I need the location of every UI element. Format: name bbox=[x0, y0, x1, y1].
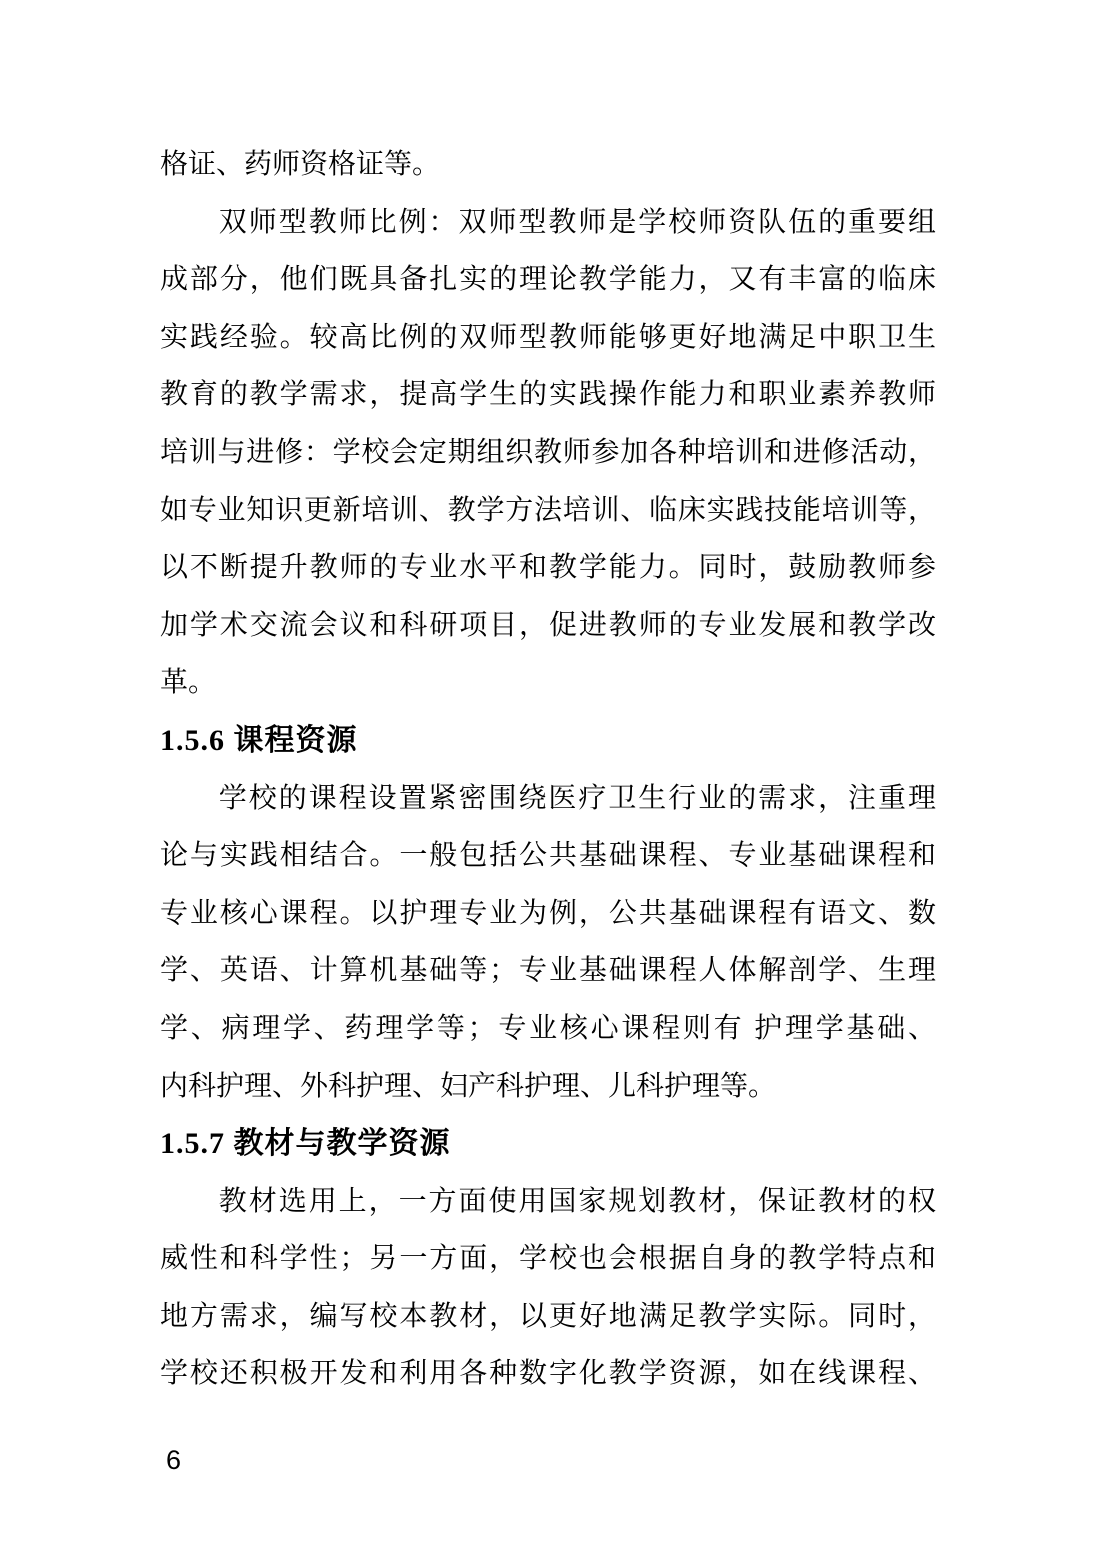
text-line: 学校的课程设置紧密围绕医疗卫生行业的需求，注重理 bbox=[160, 770, 936, 828]
text-line: 格证、药师资格证等。 bbox=[160, 136, 936, 194]
text-line: 学、病理学、药理学等；专业核心课程则有 护理学基础、 bbox=[160, 1000, 936, 1058]
text-line: 教材选用上，一方面使用国家规划教材，保证教材的权 bbox=[160, 1173, 936, 1231]
text-line: 专业核心课程。以护理专业为例，公共基础课程有语文、数 bbox=[160, 885, 936, 943]
section-heading: 1.5.6 课程资源 bbox=[160, 712, 936, 770]
text-line: 如专业知识更新培训、教学方法培训、临床实践技能培训等， bbox=[160, 482, 936, 540]
page-number: 6 bbox=[166, 1442, 181, 1478]
text-line: 学校还积极开发和利用各种数字化教学资源，如在线课程、 bbox=[160, 1345, 936, 1403]
text-line: 以不断提升教师的专业水平和教学能力。同时，鼓励教师参 bbox=[160, 539, 936, 597]
text-line: 内科护理、外科护理、妇产科护理、儿科护理等。 bbox=[160, 1058, 936, 1116]
text-line: 学、英语、计算机基础等；专业基础课程人体解剖学、生理 bbox=[160, 942, 936, 1000]
text-line: 加学术交流会议和科研项目，促进教师的专业发展和教学改 bbox=[160, 597, 936, 655]
document-body: 格证、药师资格证等。双师型教师比例：双师型教师是学校师资队伍的重要组成部分，他们… bbox=[160, 136, 936, 1403]
text-line: 实践经验。较高比例的双师型教师能够更好地满足中职卫生 bbox=[160, 309, 936, 367]
text-line: 教育的教学需求，提高学生的实践操作能力和职业素养教师 bbox=[160, 366, 936, 424]
text-line: 论与实践相结合。一般包括公共基础课程、专业基础课程和 bbox=[160, 827, 936, 885]
text-line: 威性和科学性；另一方面，学校也会根据自身的教学特点和 bbox=[160, 1230, 936, 1288]
document-page: 格证、药师资格证等。双师型教师比例：双师型教师是学校师资队伍的重要组成部分，他们… bbox=[0, 0, 1102, 1559]
text-line: 双师型教师比例：双师型教师是学校师资队伍的重要组 bbox=[160, 194, 936, 252]
text-line: 革。 bbox=[160, 654, 936, 712]
text-line: 地方需求，编写校本教材，以更好地满足教学实际。同时， bbox=[160, 1288, 936, 1346]
section-heading: 1.5.7 教材与教学资源 bbox=[160, 1115, 936, 1173]
text-line: 培训与进修：学校会定期组织教师参加各种培训和进修活动， bbox=[160, 424, 936, 482]
text-line: 成部分，他们既具备扎实的理论教学能力，又有丰富的临床 bbox=[160, 251, 936, 309]
